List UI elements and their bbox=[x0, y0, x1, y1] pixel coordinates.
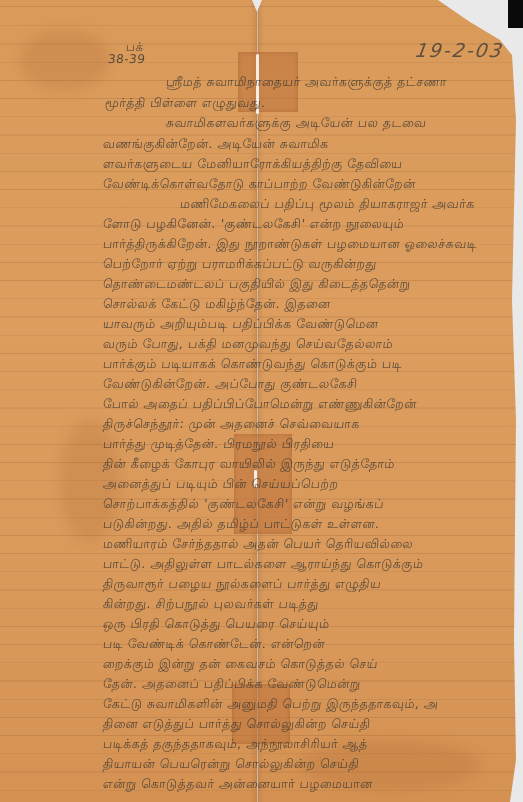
letter-line: யாவரும் அறியும்படி பதிப்பிக்க வேண்டுமென bbox=[102, 316, 379, 333]
letter-line: பெற்றோர் ஏற்று பராமரிக்கப்பட்டு வருகின்ற… bbox=[102, 256, 378, 273]
salutation-line: ஸ்ரீமத் சுவாமிநாதையர் அவர்களுக்குத் தட்ச… bbox=[165, 74, 448, 91]
letter-line: அனைத்துப் படியும் பின் செய்யப்பெற்ற bbox=[102, 476, 339, 493]
tape-patch-bottom bbox=[232, 684, 290, 744]
letter-line: தினை எடுத்துப் பார்த்து சொல்லுகின்ற செய்… bbox=[102, 716, 371, 733]
letter-line: என்று கொடுத்தவர் அன்னையார் பழமையான bbox=[102, 776, 374, 793]
letter-line: திருவாரூர் பழைய நூல்களைப் பார்த்து எழுதி… bbox=[102, 576, 382, 593]
letter-line: றைக்கும் இன்று தன் கைவசம் கொடுத்தல் செய் bbox=[102, 656, 379, 673]
letter-line: தின் கீழைக் கோபுர வாயிலில் இருந்து எடுத்… bbox=[102, 456, 396, 473]
letter-line: தியாயன் பெயரென்று சொல்லுகின்ற செய்தி bbox=[102, 756, 360, 773]
paper-stain bbox=[20, 30, 110, 90]
letter-line: வேண்டிக்கொள்வதோடு காப்பாற்ற வேண்டுகின்றே… bbox=[102, 176, 417, 193]
page-reference: 38-39 bbox=[107, 52, 146, 66]
scanner-edge-block bbox=[508, 0, 523, 28]
letter-line: வரும் போது, பக்தி மனமுவந்து செய்வதேல்லாம… bbox=[102, 336, 394, 353]
letter-line: ஒரு பிரதி கொடுத்து பெயரை செய்யும் bbox=[102, 616, 330, 633]
letter-line: தேன். அதனைப் பதிப்பிக்க வேண்டுமென்று bbox=[102, 676, 362, 693]
letter-line: பார்க்கும் படியாகக் கொண்டுவந்து கொடுக்கு… bbox=[102, 356, 403, 373]
letter-line: ளவர்களுடைய மேனியாரோக்கியத்திற்கு தேவியை bbox=[102, 156, 403, 173]
letter-line: சொல்லக் கேட்டு மகிழ்ந்தேன். இதனை bbox=[102, 296, 331, 313]
letter-line: சுவாமிகளவர்களுக்கு அடியேன் பல தடவை bbox=[165, 115, 427, 132]
letter-line: மணிமேகலைப் பதிப்பு மூலம் தியாகராஜர் அவர்… bbox=[179, 196, 476, 213]
letter-line: கேட்டு சுவாமிகளின் அனுமதி பெற்று இருந்தத… bbox=[102, 696, 439, 713]
letter-paper: பக் 38-39 19-2-03 ஸ்ரீமத் சுவாமிநாதையர் … bbox=[0, 0, 516, 802]
letter-line: ளோடு பழகினேன். 'குண்டலகேசி' என்ற நூலையும… bbox=[102, 216, 405, 233]
salutation-line: மூர்த்தி பிள்ளை எழுதுவது. bbox=[104, 95, 267, 112]
letter-line: மணியாரம் சேர்ந்ததால் அதன் பெயர் தெரியவில… bbox=[102, 536, 414, 553]
letter-date: 19-2-03 bbox=[414, 40, 506, 62]
letter-line: படி வேண்டிக் கொண்டேன். என்றென் bbox=[102, 636, 326, 653]
letter-line: வணங்குகின்றேன். அடியேன் சுவாமிக bbox=[102, 136, 329, 153]
letter-line: படிக்கத் தகுந்ததாகவும், அந்நூலாசிரியர் ஆ… bbox=[102, 736, 369, 753]
letter-line: படுகின்றது. அதில் தமிழ்ப் பாட்டுகள் உள்ள… bbox=[102, 516, 380, 533]
letter-line: தொண்டைமண்டலப் பகுதியில் இது கிடைத்ததென்ற… bbox=[102, 276, 411, 293]
letter-line: பார்த்திருக்கிறேன். இது நூறாண்டுகள் பழமை… bbox=[102, 236, 478, 253]
letter-line: கின்றது. சிற்பநூல் புலவர்கள் படித்து bbox=[102, 596, 320, 613]
letter-line: பார்த்து முடித்தேன். பிரமநூல் பிரதியை bbox=[102, 436, 335, 453]
letter-line: திருச்செந்தூர்: முன் அதனைச் செவ்வையாக bbox=[102, 416, 361, 433]
letter-line: வேண்டுகின்றேன். அப்போது குண்டலகேசி bbox=[102, 376, 358, 393]
letter-line: சொற்பாக்கத்தில் 'குண்டலகேசி' என்று வழங்க… bbox=[102, 496, 385, 513]
letter-line: பாட்டு. அதிலுள்ள பாடல்களை ஆராய்ந்து கொடு… bbox=[102, 556, 424, 573]
letter-line: போல் அதைப் பதிப்பிப்போமென்று எண்ணுகின்றே… bbox=[102, 396, 418, 413]
